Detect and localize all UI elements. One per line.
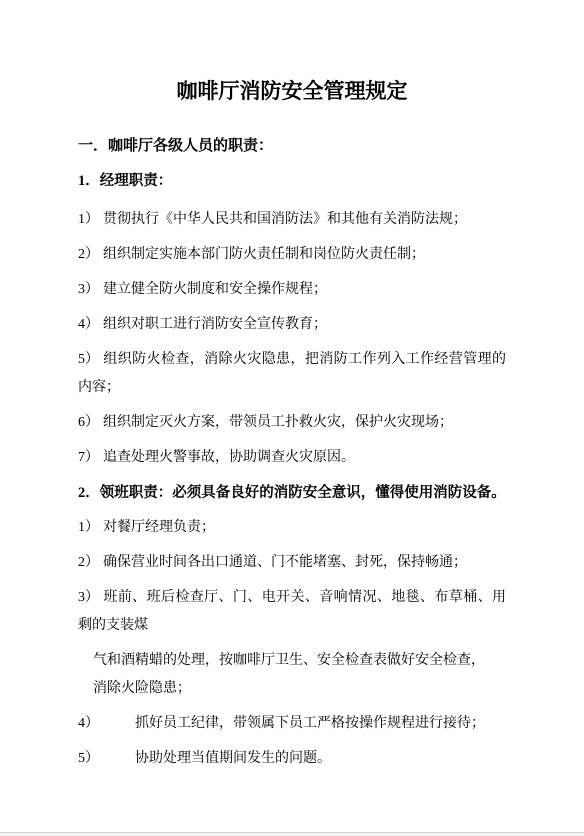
list-item: 3）建立健全防火制度和安全操作规程；	[78, 276, 506, 304]
list-item: 4）组织对职工进行消防安全宣传教育；	[78, 311, 506, 339]
list-item-number: 4）	[78, 311, 103, 339]
list-item: 1）贯彻执行《中华人民共和国消防法》和其他有关消防法规；	[78, 206, 506, 234]
subsection-heading-foreman: 2．领班职责：必须具备良好的消防安全意识，懂得使用消防设备。	[78, 479, 506, 507]
list-item-number: 6）	[78, 409, 103, 437]
document-page: 咖啡厅消防安全管理规定 一．咖啡厅各级人员的职责： 1．经理职责： 1）贯彻执行…	[0, 0, 584, 836]
page-bottom-edge	[0, 832, 584, 836]
list-item-text: 组织对职工进行消防安全宣传教育；	[103, 317, 327, 332]
list-item: 2）组织制定实施本部门防火责任制和岗位防火责任制；	[78, 241, 506, 269]
list-item-number: 5）	[78, 346, 103, 374]
list-item-number: 5）	[78, 745, 135, 773]
list-item: 2）确保营业时间各出口通道、门不能堵塞、封死，保持畅通；	[78, 549, 506, 577]
list-item-number: 4）	[78, 710, 135, 738]
list-item-number: 7）	[78, 444, 103, 472]
list-item-text: 追查处理火警事故，协助调查火灾原因。	[103, 450, 355, 465]
list-item: 6）组织制定灭火方案，带领员工扑救火灾，保护火灾现场；	[78, 409, 506, 437]
continuation-line: 消除火险隐患；	[93, 675, 506, 703]
section-heading: 一．咖啡厅各级人员的职责：	[78, 136, 506, 156]
list-item: 1）对餐厅经理负责；	[78, 514, 506, 542]
list-item-number: 2）	[78, 549, 103, 577]
list-item-number: 2）	[78, 241, 103, 269]
list-item-text: 贯彻执行《中华人民共和国消防法》和其他有关消防法规；	[103, 212, 467, 227]
list-item: 5）组织防火检查，消除火灾隐患，把消防工作列入工作经营管理的内容；	[78, 346, 506, 402]
list-item-text: 组织制定实施本部门防火责任制和岗位防火责任制；	[103, 247, 425, 262]
list-item-number: 3）	[78, 276, 103, 304]
list-item-text: 协助处理当值期间发生的问题。	[135, 751, 331, 766]
list-item: 5）协助处理当值期间发生的问题。	[78, 745, 506, 773]
list-item-number: 1）	[78, 206, 103, 234]
list-item: 3）班前、班后检查厅、门、电开关、音响情况、地毯、布草桶、用剩的支装煤	[78, 584, 506, 640]
subsection-heading-manager: 1．经理职责：	[78, 171, 506, 191]
document-title: 咖啡厅消防安全管理规定	[78, 78, 506, 104]
list-item-number: 3）	[78, 584, 103, 612]
list-item-continuation: 气和酒精蜡的处理，按咖啡厅卫生、安全检查表做好安全检查，消除火险隐患；	[93, 647, 506, 703]
continuation-line: 气和酒精蜡的处理，按咖啡厅卫生、安全检查表做好安全检查，	[93, 647, 506, 675]
list-item-text: 组织制定灭火方案，带领员工扑救火灾，保护火灾现场；	[103, 415, 453, 430]
list-item-text: 组织防火检查，消除火灾隐患，把消防工作列入工作经营管理的内容；	[78, 352, 506, 395]
list-item-text: 建立健全防火制度和安全操作规程；	[103, 282, 327, 297]
list-item-text: 确保营业时间各出口通道、门不能堵塞、封死，保持畅通；	[103, 555, 467, 570]
list-item-text: 抓好员工纪律，带领属下员工严格按操作规程进行接待；	[135, 716, 485, 731]
list-item: 4）抓好员工纪律，带领属下员工严格按操作规程进行接待；	[78, 710, 506, 738]
list-item-number: 1）	[78, 514, 103, 542]
list-item-text: 对餐厅经理负责；	[103, 520, 215, 535]
list-item-text: 班前、班后检查厅、门、电开关、音响情况、地毯、布草桶、用剩的支装煤	[78, 590, 506, 633]
list-item: 7）追查处理火警事故，协助调查火灾原因。	[78, 444, 506, 472]
